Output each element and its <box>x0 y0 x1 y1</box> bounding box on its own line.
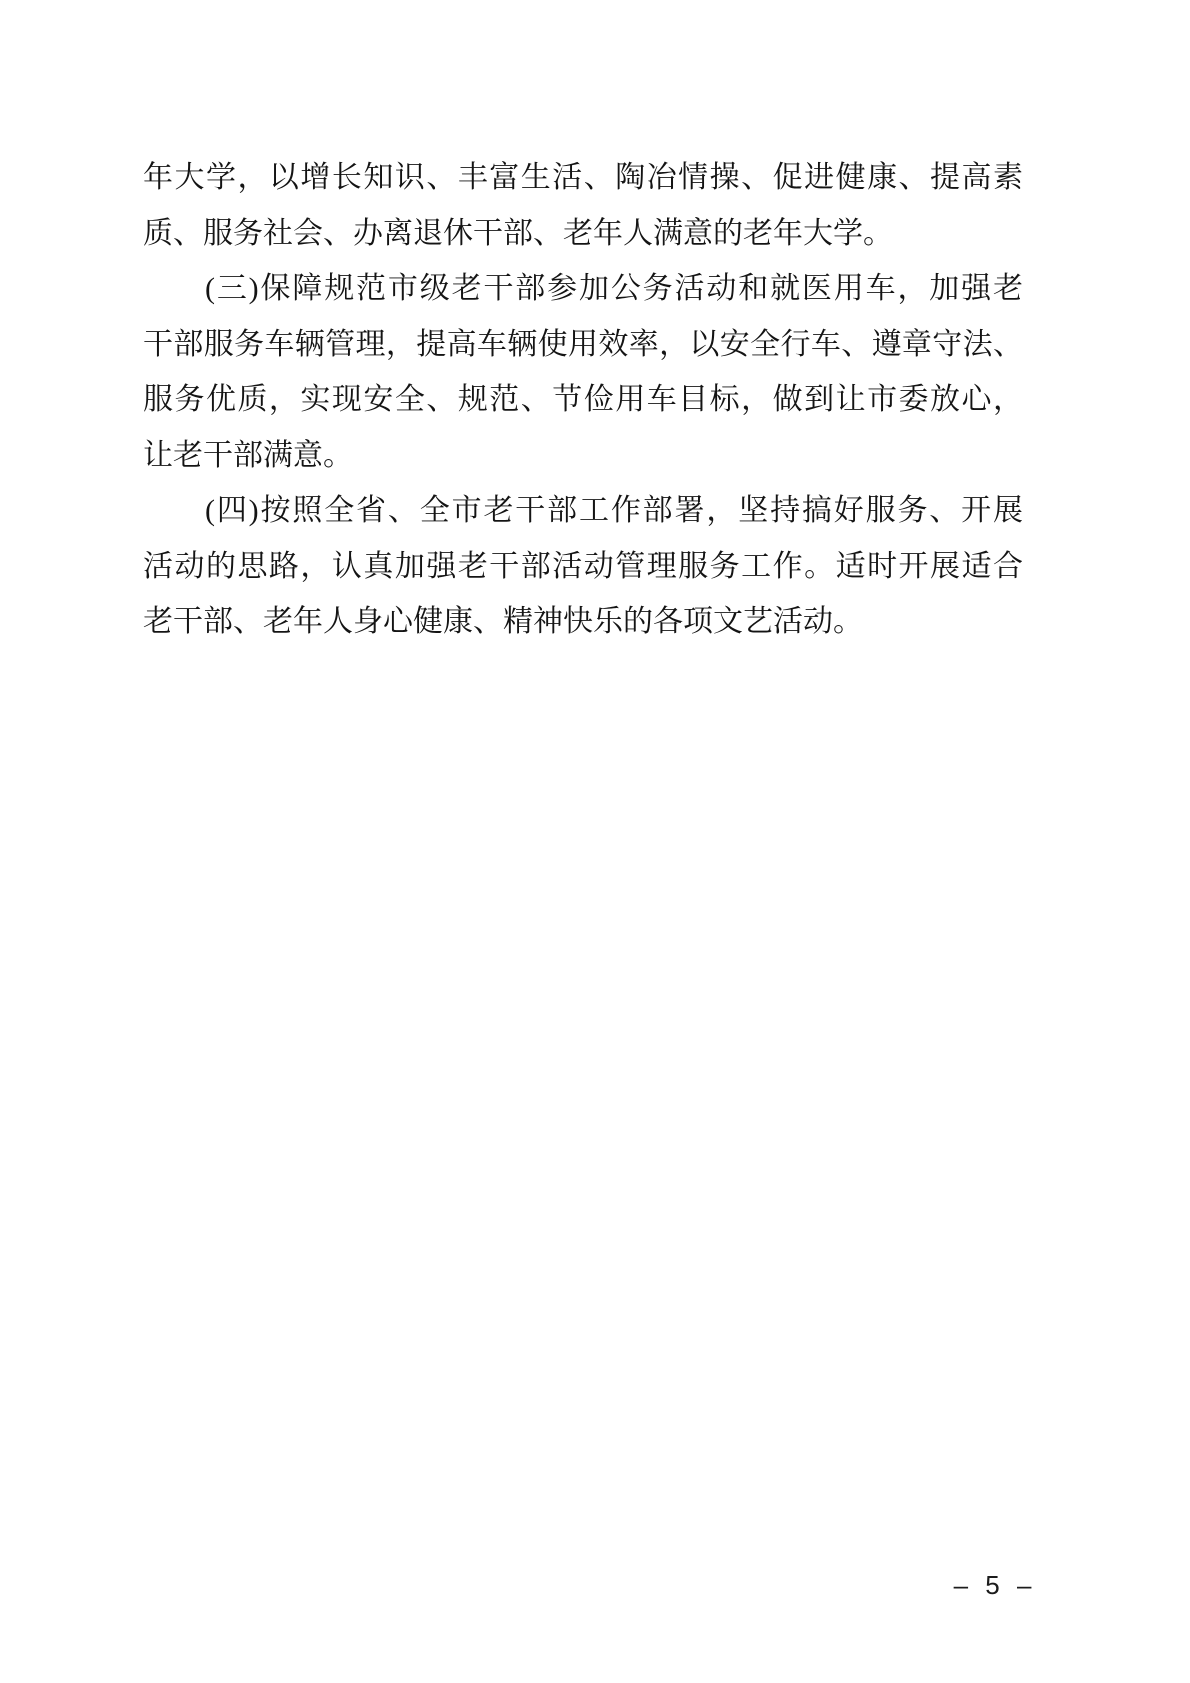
text-line-paragraph-3-start: (三)保障规范市级老干部参加公务活动和就医用车，加强老 <box>143 261 1023 317</box>
page-number: – 5 – <box>905 1570 1085 1601</box>
text-line: 老干部、老年人身心健康、精神快乐的各项文艺活动。 <box>143 594 1023 650</box>
document-page: 年大学，以增长知识、丰富生活、陶冶情操、促进健康、提高素 质、服务社会、办离退休… <box>0 0 1190 1683</box>
text-line: 质、服务社会、办离退休干部、老年人满意的老年大学。 <box>143 206 1023 262</box>
body-text: 年大学，以增长知识、丰富生活、陶冶情操、促进健康、提高素 质、服务社会、办离退休… <box>143 150 1023 650</box>
text-line: 活动的思路，认真加强老干部活动管理服务工作。适时开展适合 <box>143 539 1023 595</box>
text-line: 让老干部满意。 <box>143 428 1023 484</box>
text-line: 干部服务车辆管理，提高车辆使用效率，以安全行车、遵章守法、 <box>143 317 1023 373</box>
text-line-paragraph-4-start: (四)按照全省、全市老干部工作部署，坚持搞好服务、开展 <box>143 483 1023 539</box>
text-line: 服务优质，实现安全、规范、节俭用车目标，做到让市委放心， <box>143 372 1023 428</box>
text-line: 年大学，以增长知识、丰富生活、陶冶情操、促进健康、提高素 <box>143 150 1023 206</box>
